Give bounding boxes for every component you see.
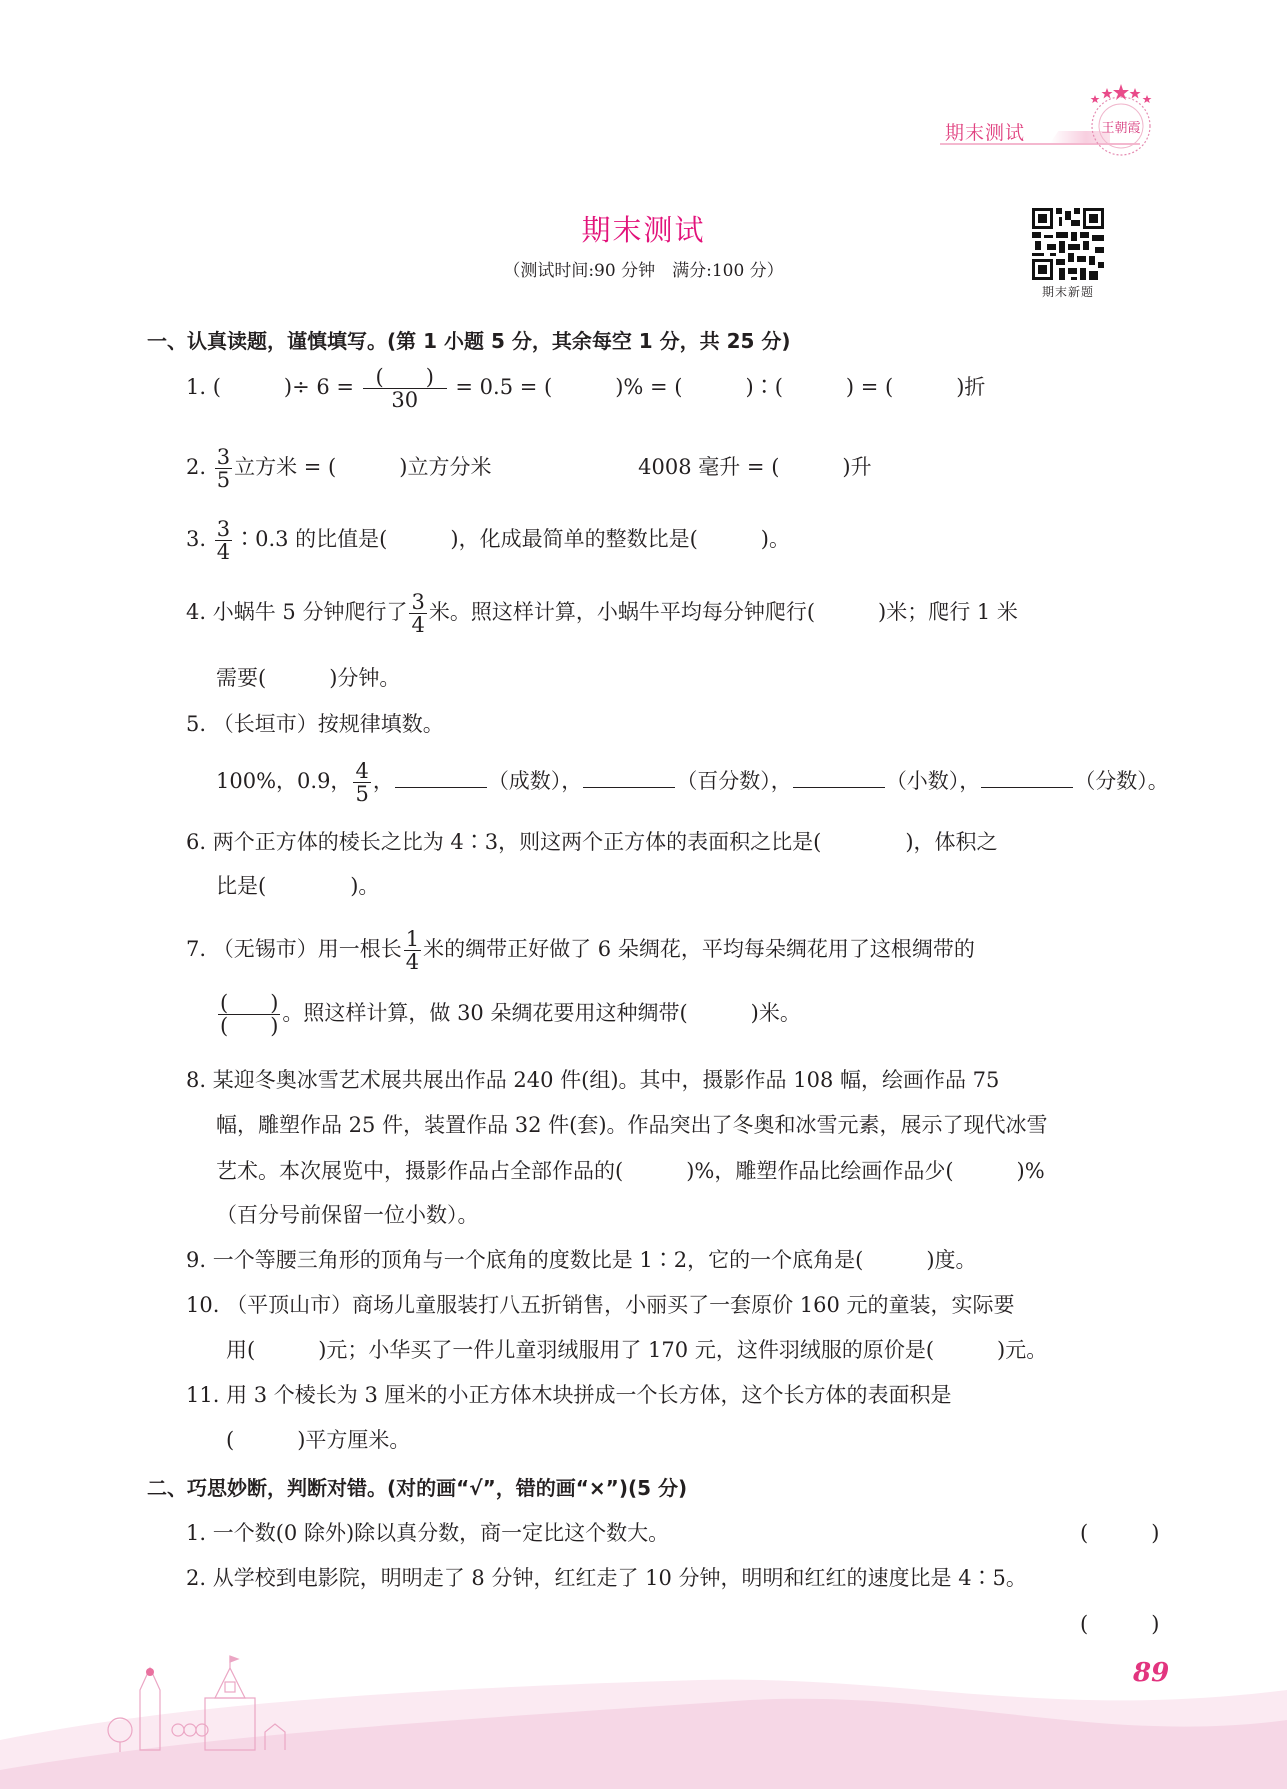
question-number: 5.: [186, 712, 206, 736]
svg-text:王朝霞: 王朝霞: [1101, 120, 1140, 136]
question-8-line-4: （百分号前保留一位小数）。: [216, 1199, 479, 1229]
question-text: 。照这样计算，做 30 朵绸花要用这种绸带( )米。: [282, 1001, 800, 1025]
question-text: 某迎冬奥冰雪艺术展共展出作品 240 件(组)。其中，摄影作品 108 幅，绘画…: [213, 1068, 1000, 1092]
blank-hint: （分数）。: [1074, 769, 1169, 793]
judge-answer-2[interactable]: ( ): [1080, 1608, 1159, 1638]
question-text: 用 3 个棱长为 3 厘米的小正方体木块拼成一个长方体，这个长方体的表面积是: [226, 1383, 951, 1407]
question-number: 10.: [186, 1293, 219, 1317]
question-7-cont: ( ) ( ) 。照这样计算，做 30 朵绸花要用这种绸带( )米。: [216, 992, 801, 1037]
answer-blank[interactable]: ( ): [363, 366, 447, 389]
answer-blank[interactable]: ( ): [218, 1015, 280, 1037]
question-6: 6. 两个正方体的棱长之比为 4∶3，则这两个正方体的表面积之比是( )，体积之: [186, 826, 998, 856]
fraction: 4 5: [353, 760, 370, 805]
answer-blank[interactable]: [395, 786, 487, 788]
question-11-cont: ( )平方厘米。: [226, 1424, 410, 1454]
sequence-values: 100%，0.9，: [216, 769, 351, 793]
fraction-numerator: 3: [215, 446, 232, 469]
question-number: 11.: [186, 1383, 219, 1407]
question-8: 8. 某迎冬奥冰雪艺术展共展出作品 240 件(组)。其中，摄影作品 108 幅…: [186, 1064, 999, 1094]
question-8-line-3: 艺术。本次展览中，摄影作品占全部作品的( )%，雕塑作品比绘画作品少( )%: [216, 1155, 1045, 1185]
blank-hint: （成数），: [488, 769, 583, 793]
fraction: 3 4: [215, 518, 232, 563]
blank-hint: （百分数），: [676, 769, 792, 793]
question-text: 米的绸带正好做了 6 朵绸花，平均每朵绸花用了这根绸带的: [423, 937, 975, 961]
footer-wave-decor: [0, 1650, 1287, 1789]
question-text: （平顶山市）商场儿童服装打八五折销售，小丽买了一套原价 160 元的童装，实际要: [226, 1293, 1014, 1317]
answer-blank[interactable]: [981, 786, 1073, 788]
page-number: 89: [1133, 1658, 1169, 1688]
fraction-numerator: 1: [404, 928, 421, 951]
question-number: 7.: [186, 937, 206, 961]
answer-blank[interactable]: [583, 786, 675, 788]
question-text: 4008 毫升 = ( )升: [638, 455, 871, 479]
question-10: 10. （平顶山市）商场儿童服装打八五折销售，小丽买了一套原价 160 元的童装…: [186, 1289, 1015, 1319]
answer-blank[interactable]: ( ): [218, 992, 280, 1015]
judge-item-2: 2. 从学校到电影院，明明走了 8 分钟，红红走了 10 分钟，明明和红红的速度…: [186, 1562, 1027, 1592]
question-text: ∶0.3 的比值是( )，化成最简单的整数比是( )。: [234, 527, 790, 551]
question-number: 9.: [186, 1248, 206, 1272]
question-number: 8.: [186, 1068, 206, 1092]
fraction-denominator: 4: [215, 541, 232, 563]
question-text: 两个正方体的棱长之比为 4∶3，则这两个正方体的表面积之比是( )，体积之: [213, 830, 998, 854]
fraction-answer[interactable]: ( ) ( ): [218, 992, 280, 1037]
question-text: （长垣市）按规律填数。: [213, 712, 444, 736]
qr-code-icon[interactable]: [1032, 208, 1104, 280]
fraction: 3 4: [409, 591, 426, 636]
fraction-numerator: 3: [409, 591, 426, 614]
question-10-cont: 用( )元；小华买了一件儿童羽绒服用了 170 元，这件羽绒服的原价是( )元。: [226, 1334, 1047, 1364]
qr-label: 期末新题: [1030, 283, 1106, 300]
question-text: 立方米 = ( )立方分米: [234, 455, 491, 479]
blank-hint: （小数），: [886, 769, 981, 793]
question-11: 11. 用 3 个棱长为 3 厘米的小正方体木块拼成一个长方体，这个长方体的表面…: [186, 1379, 952, 1409]
question-5-sequence: 100%，0.9， 4 5 ，（成数），（百分数），（小数），（分数）。: [216, 760, 1169, 805]
question-text: ( )÷ 6 =: [213, 375, 354, 399]
question-4: 4. 小蜗牛 5 分钟爬行了 3 4 米。照这样计算，小蜗牛平均每分钟爬行( )…: [186, 591, 1018, 636]
fraction-denominator: 5: [353, 783, 370, 805]
question-text: 一个数(0 除外)除以真分数，商一定比这个数大。: [213, 1521, 669, 1545]
question-text: （无锡市）用一根长: [213, 937, 402, 961]
fraction-numerator: 4: [353, 760, 370, 783]
fraction-numerator: 3: [215, 518, 232, 541]
fraction-denominator: 5: [215, 469, 232, 491]
question-6-cont: 比是( )。: [216, 870, 379, 900]
question-number: 1.: [186, 1521, 206, 1545]
question-4-cont: 需要( )分钟。: [216, 662, 400, 692]
question-number: 3.: [186, 527, 206, 551]
question-2: 2. 3 5 立方米 = ( )立方分米 4008 毫升 = ( )升: [186, 446, 872, 491]
fraction: ( ) 30: [363, 366, 447, 411]
fraction: 3 5: [215, 446, 232, 491]
question-text: 米。照这样计算，小蜗牛平均每分钟爬行( )米；爬行 1 米: [429, 600, 1018, 624]
question-number: 1.: [186, 375, 206, 399]
fraction-denominator: 4: [409, 614, 426, 636]
question-number: 2.: [186, 455, 206, 479]
question-3: 3. 3 4 ∶0.3 的比值是( )，化成最简单的整数比是( )。: [186, 518, 790, 563]
judge-answer-1[interactable]: ( ): [1080, 1517, 1159, 1547]
fraction: 1 4: [404, 928, 421, 973]
question-number: 4.: [186, 600, 206, 624]
question-number: 6.: [186, 830, 206, 854]
header-section-label: 期末测试: [945, 118, 1025, 145]
seal-logo-icon: 王朝霞: [1083, 82, 1159, 158]
section-1-heading: 一、认真读题，谨慎填写。(第 1 小题 5 分，其余每空 1 分，共 25 分): [147, 325, 791, 354]
question-1: 1. ( )÷ 6 = ( ) 30 = 0.5 = ( )% = ( )∶( …: [186, 366, 985, 411]
answer-blank[interactable]: [793, 786, 885, 788]
question-5: 5. （长垣市）按规律填数。: [186, 708, 444, 738]
question-number: 2.: [186, 1566, 206, 1590]
question-8-line-2: 幅，雕塑作品 25 件，装置作品 32 件(套)。作品突出了冬奥和冰雪元素，展示…: [216, 1109, 1048, 1139]
question-text: 小蜗牛 5 分钟爬行了: [213, 600, 408, 624]
question-9: 9. 一个等腰三角形的顶角与一个底角的度数比是 1∶2，它的一个底角是( )度。: [186, 1244, 977, 1274]
question-text: = 0.5 = ( )% = ( )∶( ) = ( )折: [455, 375, 985, 399]
fraction-denominator: 30: [363, 389, 447, 411]
section-2-heading: 二、巧思妙断，判断对错。(对的画“√”，错的画“×”)(5 分): [147, 1472, 687, 1501]
judge-item-1: 1. 一个数(0 除外)除以真分数，商一定比这个数大。: [186, 1517, 669, 1547]
question-7: 7. （无锡市）用一根长 1 4 米的绸带正好做了 6 朵绸花，平均每朵绸花用了…: [186, 928, 975, 973]
question-text: 一个等腰三角形的顶角与一个底角的度数比是 1∶2，它的一个底角是( )度。: [213, 1248, 977, 1272]
question-text: 从学校到电影院，明明走了 8 分钟，红红走了 10 分钟，明明和红红的速度比是 …: [213, 1566, 1027, 1590]
fraction-denominator: 4: [404, 951, 421, 973]
